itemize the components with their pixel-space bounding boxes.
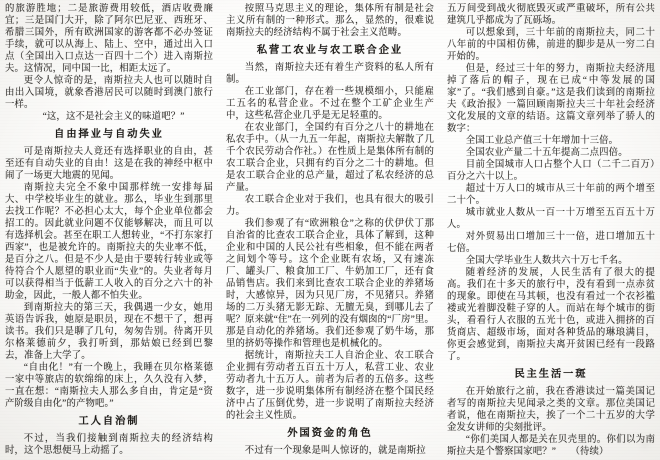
- paragraph: “这，这不是社会主义的味道吧？”: [5, 111, 213, 123]
- paragraph: “自由化！”有一个晚上，我睡在贝尔格莱德一家中等旅店的软绵绵的床上，久久没有入梦…: [5, 362, 213, 410]
- paragraph: 可以想象到，三十年前的南斯拉夫，同二十八年前的中国相仿佛，前进的脚步是从一穷二白…: [447, 27, 655, 63]
- paragraph: 全国工业总产值三十年增加十三倍。: [447, 135, 655, 147]
- paragraph: 南斯拉夫完全不象中国那样统一安排每届大、中学校毕业生的就业。那么，毕业生到那里去…: [5, 182, 213, 302]
- text-column-2: 按照马克思主义的理论，集体所有制是社会主义所有制的一种形式。那么，显然的，很难说…: [226, 3, 434, 460]
- paragraph: 可是南斯拉夫人竟还有选择职业的自由，甚至还有自动失业的自由！这是在我的神经中枢中…: [5, 146, 213, 182]
- paragraph: 全国大学毕业生人数共六十万七千名。: [447, 255, 655, 267]
- text-column-1: 的旅游胜地；二是旅游费用较低，酒店收费廉宜；三是国门大开，除了阿尔巴尼亚、西班牙…: [5, 3, 213, 460]
- paragraph: 不过有一个现象是叫人惊讶的，就是南斯拉: [226, 445, 434, 457]
- paragraph: 按照马克思主义的理论，集体所有制是社会主义所有制的一种形式。那么，显然的，很难说…: [226, 3, 434, 39]
- paragraph: 对外贸易出口增加三十一倍，进口增加五十七倍。: [447, 231, 655, 255]
- paragraph: 但是，经过三十年的努力，南斯拉夫经济甩掉了落后的帽子，现在已成“中等发展的国家”…: [447, 63, 655, 135]
- paragraph: 五万间受到战火彻底毁灭或严重破坏，所有公共建筑几乎都成为了瓦砾场。: [447, 3, 655, 27]
- section-heading: 民主生活一斑: [447, 369, 655, 381]
- paragraph: 全国农业产量二十五年提高二点四倍。: [447, 147, 655, 159]
- paragraph: 当然，南斯拉夫还有着生产资料的私人所有制。: [226, 62, 434, 86]
- paragraph: 城市就业人数从一百一十万增至五百五十万人。: [447, 207, 655, 231]
- paragraph: 据统计，南斯拉夫工人自治企业、农工联合企业拥有劳动者五百五十万人，私营工业、农业…: [226, 350, 434, 422]
- paragraph: 超过十万人口的城市从三十年前的两个增至二十个。: [447, 183, 655, 207]
- section-heading: 外国资金的角色: [226, 428, 434, 440]
- section-heading: 自由择业与自动失业: [5, 129, 213, 141]
- section-heading: 私营工农业与农工联合企业: [226, 45, 434, 57]
- paragraph: 不过，当我们接触到南斯拉夫的经济结构时，这个思想便马上动摇了。: [5, 433, 213, 457]
- paragraph: 目前全国城市人口占整个人口（二千二百万）百分之六十以上。: [447, 159, 655, 183]
- paragraph: 随着经济的发展，人民生活有了很大的提高。我们在十多天的旅行中，没有看到一点赤贫的…: [447, 267, 655, 363]
- paragraph: 在开始旅行之前，我在香港读过一篇美国记者写的南斯拉夫见闻录之类的文章。那位美国记…: [447, 386, 655, 434]
- scanned-article-page: 的旅游胜地；二是旅游费用较低，酒店收费廉宜；三是国门大开，除了阿尔巴尼亚、西班牙…: [0, 0, 660, 460]
- text-column-3: 五万间受到战火彻底毁灭或严重破坏，所有公共建筑几乎都成为了瓦砾场。可以想象到，三…: [447, 3, 655, 460]
- section-heading: 工人自治制: [5, 416, 213, 428]
- paragraph: 到南斯拉夫的第三天，我偶遇一少女，她用英语告诉我，她原是职员，现在不想干了，想再…: [5, 302, 213, 362]
- paragraph: 在工业部门，存在着一些规模细小，只能雇工五名的私营企业。不过在整个工矿企业生产中…: [226, 86, 434, 122]
- paragraph: “你们美国人都是关在贝壳里的。你们以为南斯拉夫是个警察国家吧？” （待续）: [447, 434, 655, 458]
- paragraph: 我们参观了有“欧洲粮仓”之称的伏伊伏丁那自治省的比查农工联合企业，具体了解到，这…: [226, 218, 434, 350]
- paragraph: 在农业部门，全国约有百分之八十的耕地在私农手中。（从一九五一年起，南斯拉夫解散了…: [226, 122, 434, 194]
- paragraph: 更令人惊奇的是，南斯拉夫人也可以随时自由出入国境，就象香港居民可以随时到澳门旅行…: [5, 75, 213, 111]
- paragraph: 的旅游胜地；二是旅游费用较低，酒店收费廉宜；三是国门大开，除了阿尔巴尼亚、西班牙…: [5, 3, 213, 75]
- paragraph: 农工联合企业对于我们，也具有很大的吸引力。: [226, 194, 434, 218]
